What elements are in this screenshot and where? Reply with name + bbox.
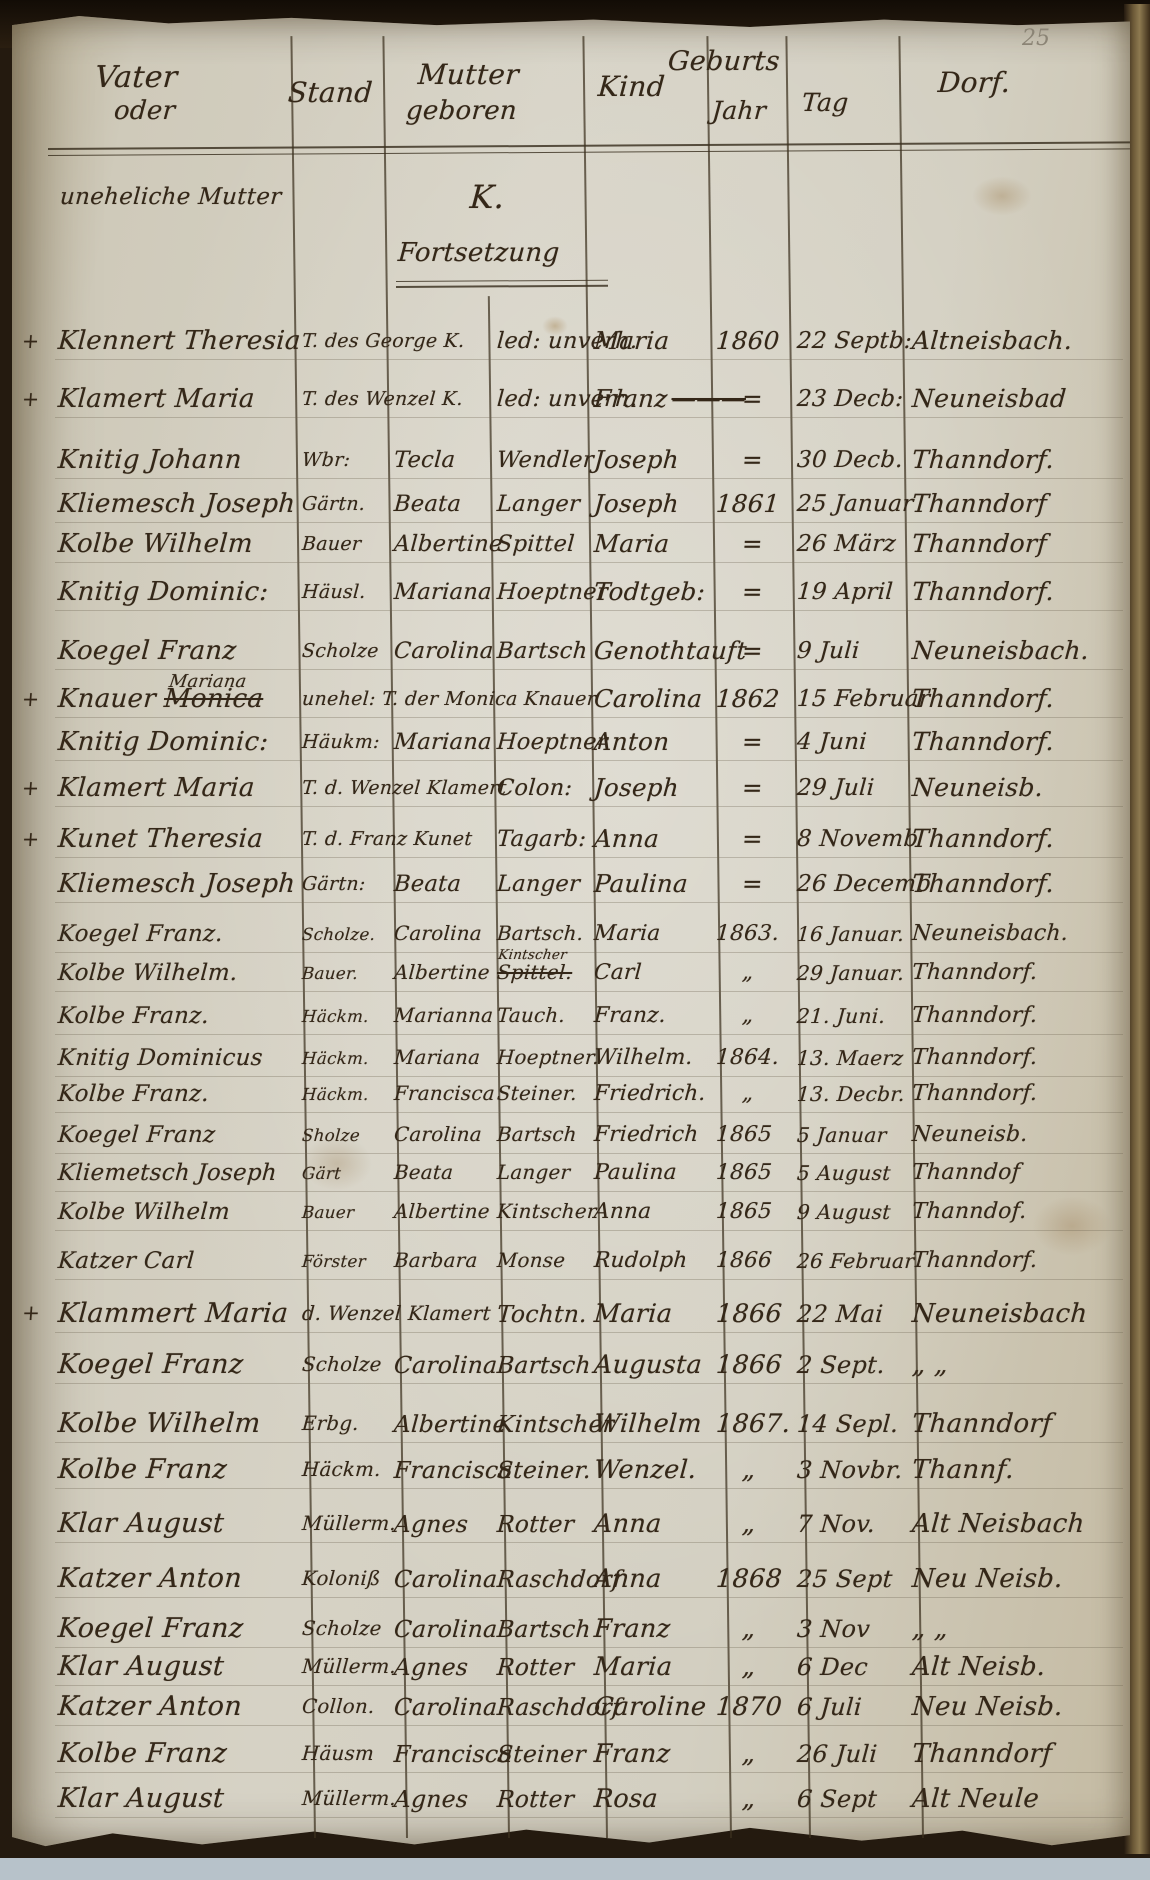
row-father-name: Kolbe Wilhelm. — [57, 952, 239, 994]
row-child-name: Paulina — [593, 1152, 679, 1194]
row-mother-given-name: Carolina — [393, 1344, 499, 1386]
row-village: Thanndof — [911, 1152, 1022, 1194]
row-birth-year: 1863. — [715, 913, 781, 955]
row-mother-given-name: Marianna — [393, 995, 495, 1037]
row-mother-maiden-name: Bartsch — [496, 630, 589, 672]
row-village: Neu Neisb. — [911, 1686, 1065, 1728]
table-row: +Klamert MariaT. d. Wenzel KlamertColon:… — [0, 767, 1150, 809]
table-row: Koegel FranzScholzeCarolinaBartschFranz„… — [0, 1608, 1150, 1650]
row-father-name: Koegel Franz — [57, 1344, 245, 1386]
subheader-unwed-mother: uneheliche Mutter — [59, 184, 282, 210]
row-child-name: Anna — [593, 1503, 664, 1545]
table-row: Koegel FranzSholzeCarolinaBartschFriedri… — [0, 1114, 1150, 1156]
table-row: Koegel Franz.Scholze.CarolinaBartsch.Mar… — [0, 913, 1150, 955]
burial-cross-mark: + — [21, 320, 41, 362]
row-village: Neuneisbach. — [911, 630, 1091, 672]
row-status: Häckm. — [301, 1073, 371, 1115]
row-mother-maiden-name: Bartsch — [496, 1114, 579, 1156]
row-mother-given-name: Agnes — [393, 1503, 470, 1545]
table-row: +Klammert Mariad. Wenzel KlamertTochtn.M… — [0, 1293, 1150, 1335]
row-village: Thanndorf — [911, 483, 1049, 525]
row-birth-day: 9 August — [796, 1191, 893, 1233]
burial-cross-mark: + — [21, 378, 41, 420]
row-mother-given-name: Albertine — [393, 1403, 509, 1445]
row-child-name: Franz — [593, 1608, 672, 1650]
row-child-struck: ——— — [671, 384, 747, 413]
row-mother-maiden-name: Steiner — [496, 1733, 588, 1775]
row-status: Häckm. — [301, 1449, 383, 1491]
row-status: Bauer. — [301, 952, 360, 994]
row-birth-day: 29 Januar. — [796, 952, 906, 994]
row-father-name: Klar August — [57, 1778, 226, 1820]
row-birth-day: 13. Decbr. — [796, 1073, 907, 1115]
row-mother-given-name: Albertine — [393, 1191, 492, 1233]
row-status: Sholze — [301, 1114, 362, 1156]
row-child-name: Carolina — [593, 678, 704, 720]
row-birth-year: 1870 — [715, 1686, 784, 1728]
header-father-line2: oder — [113, 96, 176, 126]
row-mother-given-name: Agnes — [393, 1646, 470, 1688]
row-birth-day: 25 Januar — [796, 483, 915, 525]
row-father-name: Kolbe Franz. — [57, 1073, 211, 1115]
row-status: Häukm: — [301, 721, 382, 763]
table-row: Katzer AntonKolonißCarolinaRaschdorfAnna… — [0, 1558, 1150, 1600]
row-father-name: Kliemesch Joseph — [57, 483, 297, 525]
row-child-name: Franz——— — [593, 378, 748, 420]
row-status: Scholze — [301, 1608, 384, 1650]
row-birth-year: = — [741, 630, 765, 672]
row-birth-day: 4 Juni — [796, 721, 869, 763]
row-birth-day: 25 Sept — [796, 1558, 894, 1600]
row-birth-year: „ — [741, 1733, 757, 1775]
row-village: Thanndorf. — [911, 571, 1056, 613]
row-father-name: Kolbe Wilhelm — [57, 523, 255, 565]
row-birth-day: 2 Sept. — [796, 1344, 887, 1386]
row-birth-year: 1861 — [715, 483, 781, 525]
row-child-name: Friedrich. — [593, 1073, 708, 1115]
row-father-name: Klamert Maria — [57, 767, 257, 809]
row-birth-year: 1862 — [715, 678, 781, 720]
row-village: Thanndorf — [911, 1403, 1054, 1445]
row-father-name: Kolbe Wilhelm — [57, 1191, 232, 1233]
row-child-name: Anton — [593, 721, 671, 763]
row-village: Thanndorf. — [911, 818, 1056, 860]
table-row: Kolbe WilhelmErbg.AlbertineKintscherWilh… — [0, 1403, 1150, 1445]
table-row: Kliemesch JosephGärtn.BeataLangerJoseph1… — [0, 483, 1150, 525]
row-village: Neu Neisb. — [911, 1558, 1065, 1600]
row-child-name: Rudolph — [593, 1240, 689, 1282]
burial-cross-mark: + — [21, 818, 41, 860]
row-village: Thanndorf. — [911, 439, 1056, 481]
row-mother-maiden-name: Spittel.Kintscher — [496, 952, 574, 994]
row-birth-year: „ — [741, 1073, 755, 1115]
row-village: Alt Neisb. — [911, 1646, 1047, 1688]
row-child-name: Joseph — [593, 483, 681, 525]
row-father-name: Klar August — [57, 1503, 226, 1545]
row-status: T. des Wenzel K. — [301, 378, 465, 420]
row-status: unehel: T. der Monica Knauer — [301, 678, 598, 720]
header-village: Dorf. — [937, 66, 1012, 99]
paper-stain — [972, 176, 1032, 216]
row-birth-day: 9 Juli — [796, 630, 861, 672]
table-row: Knitig Dominic:Häusl.MarianaHoeptnerTodt… — [0, 571, 1150, 613]
row-village: Alt Neule — [911, 1778, 1041, 1820]
row-status: d. Wenzel Klamert — [301, 1293, 493, 1335]
burial-cross-mark: + — [21, 678, 41, 720]
header-birth-year: Jahr — [711, 96, 767, 125]
row-birth-year: „ — [741, 1449, 757, 1491]
row-child-name: Maria — [593, 1646, 674, 1688]
row-child-name: Friedrich — [593, 1114, 700, 1156]
row-status: Scholze — [301, 1344, 384, 1386]
row-village: Neuneisbach — [911, 1293, 1089, 1335]
row-mother-given-name: Barbara — [393, 1240, 480, 1282]
row-village: Altneisbach. — [911, 320, 1074, 362]
row-status: Müllerm. — [301, 1503, 398, 1545]
row-child-name: Anna — [593, 818, 661, 860]
row-status: Koloniß — [301, 1558, 383, 1600]
row-child-name: Wilhelm — [593, 1403, 704, 1445]
row-mother-given-name: Carolina — [393, 630, 496, 672]
table-row: +KnauerMonicaMarianaunehel: T. der Monic… — [0, 678, 1150, 720]
table-row: Kliemetsch JosephGärtBeataLangerPaulina1… — [0, 1152, 1150, 1194]
row-status: Collon. — [301, 1686, 377, 1728]
row-father-name: Katzer Anton — [57, 1686, 244, 1728]
header-father-line1: Vater — [94, 60, 179, 95]
table-row: Kolbe Wilhelm.Bauer.AlbertineSpittel.Kin… — [0, 952, 1150, 994]
row-birth-day: 3 Novbr. — [796, 1449, 905, 1491]
table-row: Kolbe WilhelmBauerAlbertineKintscherAnna… — [0, 1191, 1150, 1233]
row-birth-year: = — [741, 863, 765, 905]
row-mother-given-name: Carolina — [393, 1608, 499, 1650]
row-child-name: Genothtauft — [593, 630, 749, 672]
table-row: Kolbe FranzHäusmFranciscaSteinerFranz„26… — [0, 1733, 1150, 1775]
row-child-name: Anna — [593, 1191, 653, 1233]
row-birth-day: 5 Januar — [796, 1114, 889, 1156]
row-birth-day: 23 Decb: — [796, 378, 905, 420]
row-status: Erbg. — [301, 1403, 361, 1445]
row-status: Gärtn: — [301, 863, 368, 905]
row-mother-maiden-name: Rotter — [496, 1778, 576, 1820]
row-child-name: Joseph — [593, 439, 681, 481]
row-birth-day: 26 Februar — [796, 1240, 916, 1282]
row-father-name: Klammert Maria — [57, 1293, 290, 1335]
row-child-name: Franz — [593, 1733, 672, 1775]
row-mother-maiden-name: Wendler — [496, 439, 596, 481]
row-status: T. d. Franz Kunet — [301, 818, 474, 860]
row-mother-given-name: Albertine — [393, 952, 492, 994]
row-child-name: Paulina — [593, 863, 690, 905]
row-birth-day: 6 Sept — [796, 1778, 879, 1820]
row-father-name: Klar August — [57, 1646, 226, 1688]
row-father-name: Knitig Dominic: — [57, 721, 270, 763]
row-birth-year: = — [741, 523, 765, 565]
row-status: Förster — [301, 1240, 368, 1282]
row-mother-maiden-name: Colon: — [496, 767, 574, 809]
row-status: Häckm. — [301, 995, 371, 1037]
row-village: Neuneisb. — [911, 767, 1045, 809]
row-child-name: Maria — [593, 913, 662, 955]
row-father-name: Koegel Franz — [57, 1608, 245, 1650]
row-birth-day: 7 Nov. — [796, 1503, 877, 1545]
header-stand: Stand — [287, 76, 374, 109]
row-status: Scholze. — [301, 913, 377, 955]
header-birth-line1: Geburts — [667, 46, 781, 77]
row-village: Thanndorf. — [911, 678, 1056, 720]
row-birth-year: 1866 — [715, 1293, 784, 1335]
row-father-name: Klennert Theresia — [57, 320, 303, 362]
row-mother-maiden-name: Kintscher — [496, 1191, 599, 1233]
row-mother-given-name: Beata — [393, 863, 463, 905]
row-birth-year: = — [741, 767, 765, 809]
row-mother-maiden-name: Tagarb: — [496, 818, 588, 860]
row-mother-given-name: Tecla — [393, 439, 457, 481]
row-mother-given-name: Carolina — [393, 913, 484, 955]
row-birth-year: „ — [741, 1646, 757, 1688]
row-mother-maiden-name: Steiner. — [496, 1449, 593, 1491]
row-child-name: Joseph — [593, 767, 681, 809]
row-village: Neuneisb. — [911, 1114, 1030, 1156]
row-birth-year: „ — [741, 1608, 757, 1650]
row-status: Gärtn. — [301, 483, 367, 525]
table-row: Katzer AntonCollon.CarolinaRaschdorfCaro… — [0, 1686, 1150, 1728]
header-birth-day: Tag — [801, 88, 850, 117]
row-father-name: Koegel Franz. — [57, 913, 225, 955]
row-mother-maiden-correction: Kintscher — [495, 935, 569, 977]
row-village: Thanndorf — [911, 1733, 1054, 1775]
row-birth-day: 29 Juli — [796, 767, 876, 809]
row-village: Alt Neisbach — [911, 1503, 1087, 1545]
row-birth-day: 26 März — [796, 523, 898, 565]
scanned-register-sheet: Vater oder Stand Mutter geboren Kind Geb… — [0, 0, 1150, 1880]
row-birth-year: = — [741, 439, 765, 481]
row-status: Wbr: — [301, 439, 352, 481]
header-mother-line2: geboren — [405, 96, 518, 126]
row-father-name: Klamert Maria — [57, 378, 257, 420]
row-birth-year: „ — [741, 1503, 757, 1545]
row-status: Müllerm. — [301, 1646, 398, 1688]
row-mother-maiden-name: Langer — [496, 863, 582, 905]
table-row: Knitig Dominic:Häukm:MarianaHoeptnerAnto… — [0, 721, 1150, 763]
row-birth-year: 1866 — [715, 1344, 784, 1386]
row-child-name: Caroline — [593, 1686, 708, 1728]
row-village: Thanndorf. — [911, 721, 1056, 763]
row-father-name: Koegel Franz — [57, 1114, 217, 1156]
row-birth-year: = — [741, 818, 765, 860]
row-village: „ „ — [911, 1608, 950, 1650]
table-row: +Kunet TheresiaT. d. Franz KunetTagarb:A… — [0, 818, 1150, 860]
row-mother-given-name: Beata — [393, 483, 463, 525]
row-child-name: Rosa — [593, 1778, 660, 1820]
table-row: Koegel FranzScholzeCarolinaBartschAugust… — [0, 1344, 1150, 1386]
table-row: +Klamert MariaT. des Wenzel K.led: unver… — [0, 378, 1150, 420]
row-birth-year: = — [741, 378, 765, 420]
row-mother-maiden-name: Rotter — [496, 1503, 576, 1545]
row-status: Bauer — [301, 1191, 356, 1233]
row-father-name: Kolbe Franz — [57, 1449, 229, 1491]
row-birth-day: 19 April — [796, 571, 895, 613]
row-father-name: KnauerMonicaMariana — [57, 678, 265, 720]
row-mother-maiden-name: Tauch. — [496, 995, 567, 1037]
row-village: Neuneisbad — [911, 378, 1068, 420]
header-kind: Kind — [597, 70, 666, 103]
table-row: Kolbe FranzHäckm.FranciscaSteiner.Wenzel… — [0, 1449, 1150, 1491]
row-village: Thanndof. — [911, 1191, 1029, 1233]
row-status: Scholze — [301, 630, 381, 672]
row-mother-given-name: Albertine — [393, 523, 505, 565]
row-mother-given-name: Carolina — [393, 1558, 499, 1600]
table-row: Kolbe Franz.Häckm.FranciscaSteiner.Fried… — [0, 1073, 1150, 1115]
row-birth-year: 1865 — [715, 1191, 774, 1233]
row-birth-day: 8 Novemb — [796, 818, 920, 860]
row-birth-day: 21. Juni. — [796, 995, 887, 1037]
row-father-name: Kliemesch Joseph — [57, 863, 297, 905]
row-village: Neuneisbach. — [911, 913, 1070, 955]
row-child-name: Carl — [593, 952, 644, 994]
row-father-name: Knitig Dominic: — [57, 571, 270, 613]
row-mother-given-name: Carolina — [393, 1114, 484, 1156]
row-father-correction: Mariana — [166, 661, 249, 703]
row-father-name: Kolbe Wilhelm — [57, 1403, 262, 1445]
row-mother-given-name: Carolina — [393, 1686, 499, 1728]
row-village: Thanndorf. — [911, 863, 1056, 905]
row-birth-year: 1867. — [715, 1403, 792, 1445]
row-child-name: Franz. — [593, 995, 668, 1037]
row-birth-year: = — [741, 571, 765, 613]
header-mother-line1: Mutter — [417, 58, 520, 91]
row-village: Thanndorf. — [911, 995, 1039, 1037]
section-continuation: Fortsetzung — [397, 238, 561, 268]
row-father-name: Kliemetsch Joseph — [57, 1152, 279, 1194]
row-birth-day: 5 August — [796, 1152, 893, 1194]
row-father-name: Kolbe Franz. — [57, 995, 211, 1037]
row-status: Müllerm. — [301, 1778, 398, 1820]
row-mother-maiden-name: Langer — [496, 483, 582, 525]
row-mother-given-name: Agnes — [393, 1778, 470, 1820]
table-row: Klar AugustMüllerm.AgnesRotterMaria„6 De… — [0, 1646, 1150, 1688]
page-number: 25 — [1022, 26, 1050, 51]
row-mother-maiden-name: Rotter — [496, 1646, 576, 1688]
row-father-name: Katzer Anton — [57, 1558, 244, 1600]
row-birth-day: 16 Januar. — [796, 913, 906, 955]
row-birth-year: „ — [741, 952, 755, 994]
row-village: Thanndorf. — [911, 1073, 1039, 1115]
table-row: Kolbe Franz.Häckm.MariannaTauch.Franz.„2… — [0, 995, 1150, 1037]
row-status: Häusm — [301, 1733, 376, 1775]
table-row: +Klennert TheresiaT. des George K.led: u… — [0, 320, 1150, 362]
row-mother-given-name: Francisca — [393, 1073, 497, 1115]
row-mother-maiden-name: Steiner. — [496, 1073, 579, 1115]
row-child-name: Todtgeb: — [593, 571, 707, 613]
row-status: T. des George K. — [301, 320, 467, 362]
row-child-name: Maria — [593, 320, 671, 362]
row-birth-year: 1866 — [715, 1240, 774, 1282]
table-row: Klar AugustMüllerm.AgnesRotterRosa„6 Sep… — [0, 1778, 1150, 1820]
table-row: Katzer CarlFörsterBarbaraMonseRudolph186… — [0, 1240, 1150, 1282]
row-mother-maiden-name: Tochtn. — [496, 1293, 589, 1335]
table-row: Kolbe WilhelmBauerAlbertineSpittelMaria=… — [0, 523, 1150, 565]
row-birth-year: = — [741, 721, 765, 763]
row-father-name: Knitig Johann — [57, 439, 244, 481]
row-mother-given-name: Mariana — [393, 571, 494, 613]
row-status: Gärt — [301, 1152, 343, 1194]
row-mother-given-name: Beata — [393, 1152, 455, 1194]
row-status: T. d. Wenzel Klamert — [301, 767, 509, 809]
row-status: Häusl. — [301, 571, 368, 613]
row-birth-day: 14 Sepl. — [796, 1403, 900, 1445]
row-father-name: Katzer Carl — [57, 1240, 196, 1282]
row-child-name: Wenzel. — [593, 1449, 698, 1491]
row-village: Thanndorf. — [911, 952, 1039, 994]
row-mother-given-name: Mariana — [393, 721, 494, 763]
table-row: Kliemesch JosephGärtn:BeataLangerPaulina… — [0, 863, 1150, 905]
row-child-name: Maria — [593, 523, 671, 565]
row-father-name: Kunet Theresia — [57, 818, 265, 860]
row-village: Thanndorf — [911, 523, 1049, 565]
row-village: „ „ — [911, 1344, 950, 1386]
table-row: Klar AugustMüllerm.AgnesRotterAnna„7 Nov… — [0, 1503, 1150, 1545]
row-birth-day: 6 Dec — [796, 1646, 870, 1688]
row-birth-year: 1865 — [715, 1152, 774, 1194]
row-birth-year: 1860 — [715, 320, 781, 362]
row-village: Thannf. — [911, 1449, 1016, 1491]
row-mother-maiden-name: Bartsch — [496, 1344, 593, 1386]
row-mother-maiden-name: Langer — [496, 1152, 572, 1194]
row-child-name: Anna — [593, 1558, 664, 1600]
row-father-name: Kolbe Franz — [57, 1733, 229, 1775]
row-birth-day: 6 Juli — [796, 1686, 864, 1728]
row-birth-year: „ — [741, 1778, 757, 1820]
row-birth-year: 1865 — [715, 1114, 774, 1156]
section-letter: K. — [469, 178, 506, 216]
row-birth-day: 22 Mai — [796, 1293, 885, 1335]
row-mother-maiden-name: Monse — [496, 1240, 567, 1282]
row-birth-day: 26 Juli — [796, 1733, 879, 1775]
row-mother-maiden-name: Bartsch — [496, 1608, 593, 1650]
row-birth-year: „ — [741, 995, 755, 1037]
burial-cross-mark: + — [21, 767, 41, 809]
row-status: Bauer — [301, 523, 363, 565]
row-mother-maiden-name: Spittel — [496, 523, 577, 565]
row-village: Thanndorf. — [911, 1240, 1039, 1282]
table-row: Knitig JohannWbr:TeclaWendlerJoseph=30 D… — [0, 439, 1150, 481]
row-birth-year: 1868 — [715, 1558, 784, 1600]
row-birth-day: 30 Decb. — [796, 439, 905, 481]
row-child-name: Maria — [593, 1293, 674, 1335]
row-birth-day: 3 Nov — [796, 1608, 872, 1650]
row-birth-day: 22 Septb: — [796, 320, 914, 362]
burial-cross-mark: + — [21, 1293, 42, 1335]
row-child-name: Augusta — [593, 1344, 704, 1386]
